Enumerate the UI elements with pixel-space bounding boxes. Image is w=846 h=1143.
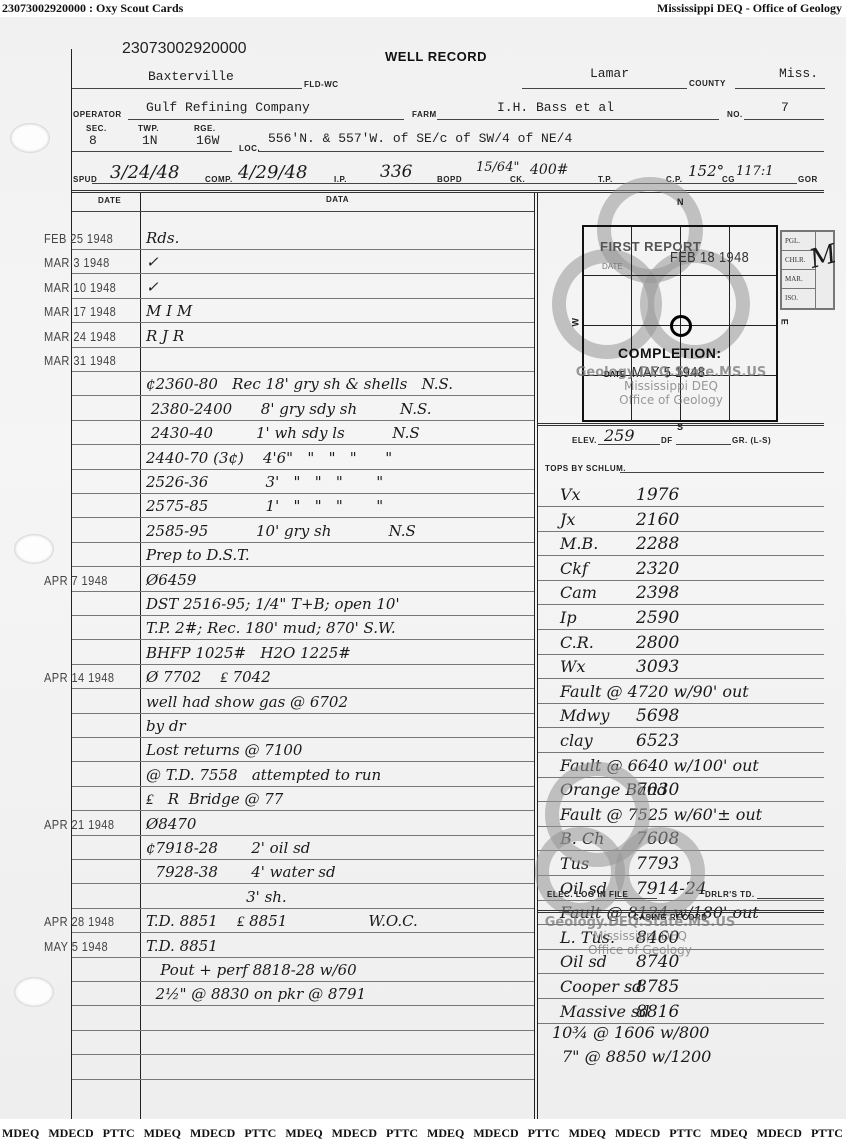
table-row-rule: [72, 713, 534, 714]
spud-value: 3/24/48: [110, 162, 179, 183]
tops-row-rule: [538, 506, 824, 507]
tops-row-rule: [538, 703, 824, 704]
formation-name: Mdwy: [560, 706, 609, 725]
table-row-rule: [72, 591, 534, 592]
completion-label: COMPLETION:: [618, 345, 722, 361]
casing-entry: 10¾ @ 1606 w/800: [552, 1023, 709, 1042]
rule: [676, 444, 731, 445]
data-column-divider: [534, 193, 535, 1119]
data-column-header: DATA: [326, 195, 349, 204]
table-row-data: 2380-2400 8' gry sdy sh N.S.: [146, 400, 432, 418]
table-row-data: 2½" @ 8830 on pkr @ 8791: [146, 985, 366, 1003]
table-row-rule: [72, 517, 534, 518]
table-row-data: @ T.D. 7558 attempted to run: [146, 766, 381, 784]
watermark-text: Office of Geology: [540, 943, 740, 957]
rge-label: RGE.: [194, 124, 216, 133]
compass-north: N: [677, 197, 684, 207]
field-value: Baxterville: [148, 69, 234, 84]
farm-value: I.H. Bass et al: [497, 100, 614, 115]
table-row-data: 3' sh.: [146, 888, 287, 906]
table-row-rule: [72, 566, 534, 567]
table-row-data: 2430-40 1' wh sdy ls N.S: [146, 424, 420, 442]
table-row-rule: [72, 444, 534, 445]
table-row-rule: [72, 639, 534, 640]
formation-depth: 1976: [636, 485, 679, 505]
punch-hole: [10, 123, 50, 153]
ck-value: 400#: [530, 162, 568, 178]
table-row-data: ✓: [146, 253, 159, 271]
table-row-date: MAR 31 1948: [44, 353, 125, 368]
table-row-data: 2575-85 1' " " " ": [146, 497, 383, 515]
watermark-text: Mississippi DEQ: [540, 929, 740, 943]
formation-name: clay: [560, 731, 593, 750]
page-title: WELL RECORD: [385, 49, 487, 64]
tops-row-rule: [538, 973, 824, 974]
table-row-rule: [72, 615, 534, 616]
formation-depth: 2398: [636, 583, 679, 603]
elevation-value: 259: [604, 426, 635, 445]
county-value: Lamar: [590, 66, 629, 81]
formation-depth: 8816: [636, 1002, 679, 1022]
tops-row-rule: [538, 998, 824, 999]
comp-value: 4/29/48: [238, 162, 307, 183]
table-row-rule: [72, 493, 534, 494]
compass-south: S: [677, 422, 684, 432]
compass-west: W: [571, 318, 581, 327]
table-row-data: Rds.: [146, 229, 179, 247]
table-row-rule: [72, 249, 534, 250]
table-row-data: ₤ R Bridge @ 77: [146, 790, 283, 809]
formation-name: Fault @ 4720 w/90' out: [560, 682, 749, 701]
formation-name: M.B.: [560, 534, 598, 553]
source-caption: Mississippi DEQ - Office of Geology: [657, 0, 842, 17]
table-row-rule: [72, 761, 534, 762]
rule: [128, 119, 404, 120]
well-no-label: NO.: [727, 110, 743, 119]
rule: [72, 88, 302, 89]
api-number: 23073002920000: [122, 40, 247, 58]
compass-east: E: [779, 319, 789, 326]
table-header-rule: [72, 211, 534, 212]
rule: [522, 88, 687, 89]
rule: [92, 183, 797, 184]
table-row-date: APR 21 1948: [44, 817, 125, 832]
first-report-date: FEB 18 1948: [670, 249, 749, 266]
table-row-rule: [72, 420, 534, 421]
well-location-marker-icon: [670, 315, 692, 337]
header-divider: [72, 190, 824, 193]
table-row-rule: [72, 395, 534, 396]
formation-depth: 6523: [636, 731, 679, 751]
table-row-data: T.D. 8851: [146, 937, 218, 955]
table-row-data: ¢2360-80 Rec 18' gry sh & shells N.S.: [146, 375, 453, 393]
operator-value: Gulf Refining Company: [146, 100, 310, 115]
table-row-data: 7928-38 4' water sd: [146, 863, 336, 881]
table-row-date: MAR 3 1948: [44, 255, 125, 270]
table-row-data: Ø 7702 ₤ 7042: [146, 668, 271, 687]
table-row-data: 2585-95 10' gry sh N.S: [146, 522, 416, 540]
ck-size-value: 15/64": [476, 160, 519, 175]
table-row-data: Ø6459: [146, 571, 196, 589]
table-row-data: Ø8470: [146, 815, 196, 833]
table-row-rule: [72, 688, 534, 689]
table-row-rule: [72, 932, 534, 933]
watermark-text: Office of Geology: [556, 393, 786, 407]
table-row-rule: [72, 371, 534, 372]
watermark-text: Geology.DEQ.State.MS.US: [556, 365, 786, 380]
well-record-card: 23073002920000 WELL RECORD Baxterville F…: [0, 17, 846, 1119]
table-row-date: MAR 24 1948: [44, 329, 125, 344]
routing-row: ISO.: [782, 289, 816, 308]
routing-row: MAR.: [782, 270, 816, 289]
punch-hole: [14, 534, 54, 564]
rule: [72, 151, 232, 152]
tops-row-rule: [538, 531, 824, 532]
loc-label: LOC.: [239, 144, 260, 153]
elevation-label: ELEV.: [572, 436, 597, 445]
rule: [744, 119, 824, 120]
first-report-date-label: DATE: [602, 262, 623, 271]
twp-value: 1N: [142, 133, 158, 148]
document-caption-bar: 23073002920000 : Oxy Scout Cards Mississ…: [0, 0, 846, 17]
table-row-rule: [72, 298, 534, 299]
state-value: Miss.: [779, 66, 818, 81]
gor-label: GOR: [798, 175, 818, 184]
table-row-data: ¢7918-28 2' oil sd: [146, 839, 310, 857]
table-row-rule: [72, 542, 534, 543]
rge-value: 16W: [196, 133, 219, 148]
formation-depth: 2288: [636, 534, 679, 554]
formation-name: Cam: [560, 583, 597, 602]
table-row-data: BHFP 1025# H2O 1225#: [146, 644, 351, 662]
table-row-rule: [72, 347, 534, 348]
casing-entry: 7" @ 8850 w/1200: [562, 1047, 711, 1066]
tops-row-rule: [538, 555, 824, 556]
formation-name: Cooper sd: [560, 977, 642, 996]
table-row-rule: [72, 981, 534, 982]
rule: [615, 898, 657, 899]
tops-row-rule: [538, 752, 824, 753]
cg-value: 117:1: [736, 164, 773, 179]
tops-row-rule: [538, 678, 824, 679]
table-row-data: T.P. 2#; Rec. 180' mud; 870' S.W.: [146, 619, 396, 637]
table-row-rule: [72, 957, 534, 958]
data-column-divider: [537, 193, 538, 1119]
sec-value: 8: [89, 133, 97, 148]
document-id-caption: 23073002920000 : Oxy Scout Cards: [2, 0, 183, 17]
table-row-rule: [72, 322, 534, 323]
table-row-date: APR 28 1948: [44, 914, 125, 929]
loc-value: 556'N. & 557'W. of SE/c of SW/4 of NE/4: [268, 131, 572, 146]
table-row-data: DST 2516-95; 1/4" T+B; open 10': [146, 595, 400, 613]
watermark-text: Mississippi DEQ: [556, 379, 786, 393]
table-row-rule: [72, 786, 534, 787]
table-row-data: M I M: [146, 302, 192, 320]
formation-depth: 2320: [636, 559, 679, 579]
table-row-date: MAY 5 1948: [44, 939, 125, 954]
table-row-data: Lost returns @ 7100: [146, 741, 302, 759]
formation-depth: 5698: [636, 706, 679, 726]
drillers-td-label: DRLR'S TD.: [705, 890, 755, 899]
county-label: COUNTY: [689, 79, 726, 88]
field-label: FLD-WC: [304, 80, 339, 89]
table-row-rule: [72, 835, 534, 836]
cp-value: 152°: [688, 162, 724, 180]
rule: [620, 472, 824, 473]
formation-depth: 8785: [636, 977, 679, 997]
table-row-rule: [72, 664, 534, 665]
watermark-logo: [535, 827, 625, 917]
formation-name: Wx: [560, 657, 585, 676]
table-row-data: Prep to D.S.T.: [146, 546, 250, 564]
watermark-logo: [615, 827, 705, 917]
watermark-text: Geology.DEQ.State.MS.US: [540, 915, 740, 930]
table-row-date: MAR 17 1948: [44, 304, 125, 319]
table-row-data: 2526-36 3' " " " ": [146, 473, 383, 491]
table-row-rule: [72, 859, 534, 860]
table-row-date: APR 7 1948: [44, 573, 125, 588]
rule: [598, 444, 660, 445]
table-row-rule: [72, 1030, 534, 1031]
table-row-data: ✓: [146, 278, 159, 296]
twp-label: TWP.: [138, 124, 159, 133]
routing-checkbox-stamp: PGL. CHLR. MAR. ISO. M: [780, 230, 835, 310]
ip-value: 336: [380, 162, 412, 182]
rule: [437, 119, 719, 120]
table-row-rule: [72, 883, 534, 884]
table-row-rule: [72, 469, 534, 470]
farm-label: FARM: [412, 110, 437, 119]
formation-depth: 2160: [636, 510, 679, 530]
punch-hole: [14, 977, 54, 1007]
table-row-date: MAR 10 1948: [44, 280, 125, 295]
table-row-date: APR 14 1948: [44, 670, 125, 685]
table-row-rule: [72, 1005, 534, 1006]
table-row-rule: [72, 908, 534, 909]
table-row-data: 2440-70 (3¢) 4'6" " " " ": [146, 449, 392, 467]
rule: [258, 151, 824, 152]
table-row-data: by dr: [146, 717, 186, 735]
table-row-rule: [72, 1079, 534, 1080]
table-row-rule: [72, 273, 534, 274]
formation-depth: 2800: [636, 633, 679, 653]
table-row-rule: [72, 737, 534, 738]
tops-row-rule: [538, 654, 824, 655]
table-row-rule: [72, 810, 534, 811]
formation-depth: 2590: [636, 608, 679, 628]
table-row-data: T.D. 8851 ₤ 8851 W.O.C.: [146, 912, 418, 931]
table-row-date: FEB 25 1948: [44, 231, 125, 246]
sec-label: SEC.: [86, 124, 107, 133]
formation-name: Jx: [560, 510, 575, 529]
rule: [757, 898, 824, 899]
well-no-value: 7: [781, 100, 789, 115]
tops-row-rule: [538, 727, 824, 728]
tops-row-rule: [538, 629, 824, 630]
formation-name: Ip: [560, 608, 577, 627]
rule: [735, 88, 825, 89]
tops-row-rule: [538, 604, 824, 605]
formation-depth: 3093: [636, 657, 679, 677]
df-label: DF: [661, 436, 673, 445]
table-row-data: well had show gas @ 6702: [146, 693, 348, 711]
tops-label: TOPS BY SCHLUM.: [545, 464, 626, 473]
date-column-header: DATE: [98, 196, 121, 205]
table-row-data: Pout + perf 8818-28 w/60: [146, 961, 357, 979]
tops-row-rule: [538, 580, 824, 581]
formation-name: Ckf: [560, 559, 588, 578]
agency-footer: MDEQ MDECD PTTC MDEQ MDECD PTTC MDEQ MDE…: [0, 1124, 846, 1143]
operator-label: OPERATOR: [73, 110, 122, 119]
gr-label: GR. (L-S): [732, 436, 771, 445]
formation-name: C.R.: [560, 633, 594, 652]
formation-name: Vx: [560, 485, 581, 504]
table-row-rule: [72, 1054, 534, 1055]
table-row-data: R J R: [146, 327, 184, 345]
